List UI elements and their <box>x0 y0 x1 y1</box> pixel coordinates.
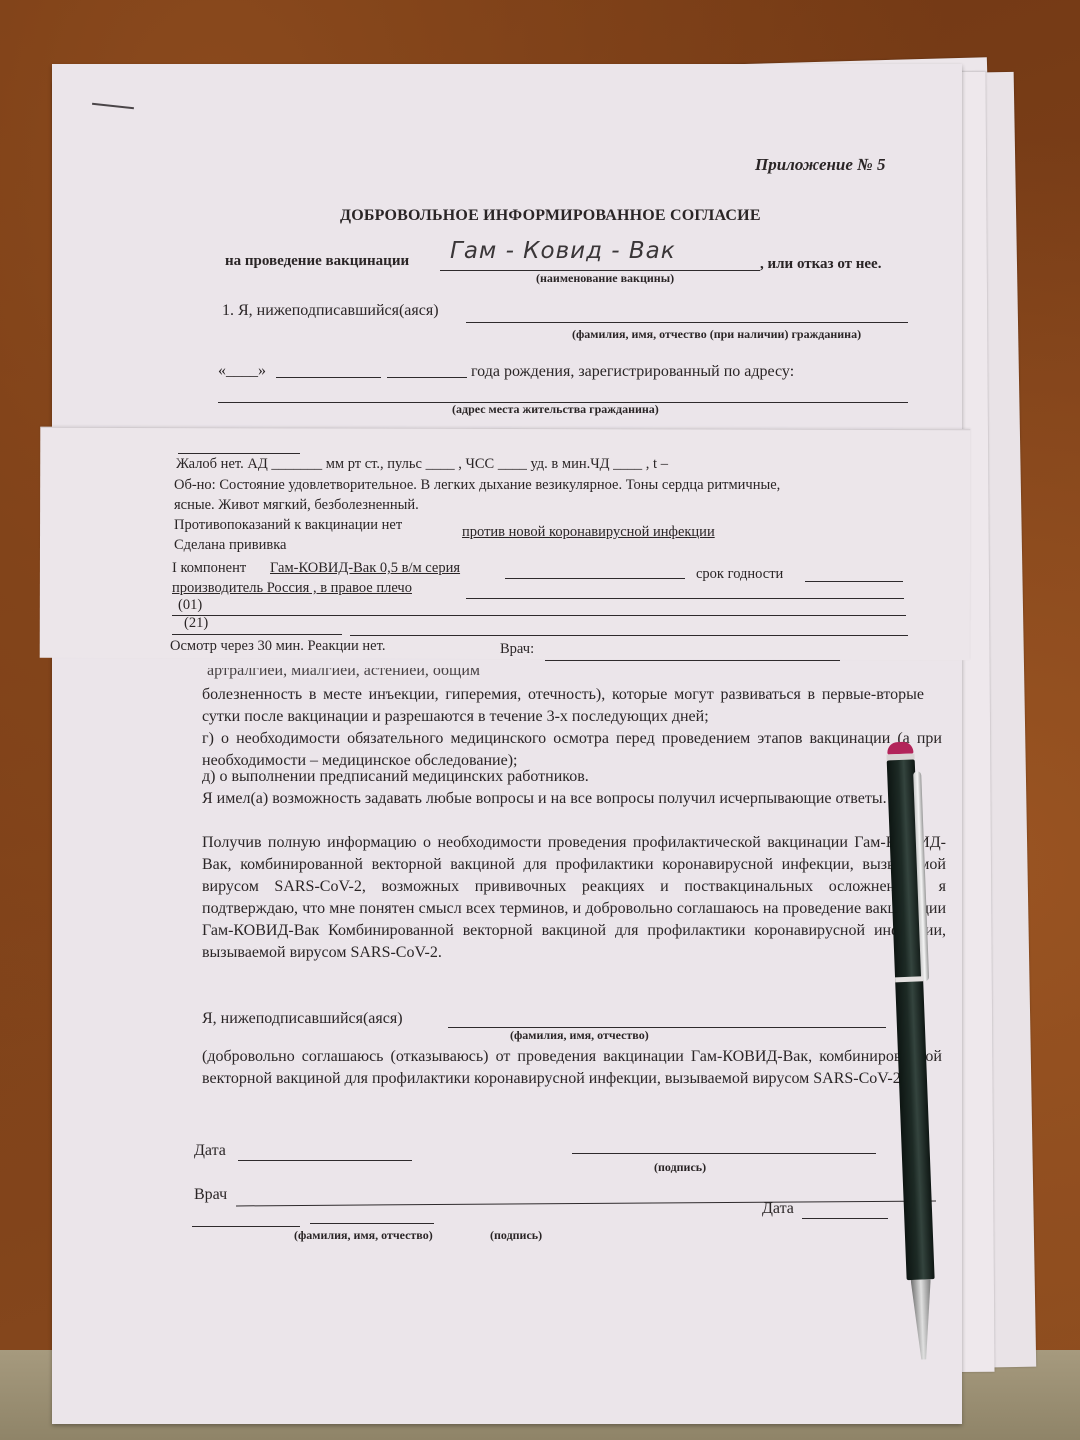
birth-year-field[interactable] <box>387 377 467 378</box>
doctor-signature-caption: (подпись) <box>490 1228 542 1243</box>
expiry-label: срок годности <box>696 566 783 583</box>
signature-caption: (подпись) <box>654 1160 706 1175</box>
objective-line-1: Об-но: Состояние удовлетворительное. В л… <box>174 477 780 494</box>
doctor-date-field[interactable] <box>802 1218 888 1219</box>
code-21-field-2[interactable] <box>350 635 908 636</box>
subtitle-prefix: на проведение вакцинации <box>225 253 409 270</box>
component-value: Гам-КОВИД-Вак 0,5 в/м серия <box>270 560 460 577</box>
vaccine-name-handwritten[interactable]: Гам - Ковид - Вак <box>450 238 676 264</box>
birth-text: года рождения, зарегистрированный по адр… <box>471 363 794 381</box>
paragraph-prescriptions: д) о выполнении предписаний медицинских … <box>202 766 942 788</box>
paragraph-questions: Я имел(а) возможность задавать любые воп… <box>202 788 952 810</box>
date-field[interactable] <box>238 1160 412 1161</box>
vaccine-caption: (наименование вакцины) <box>536 271 674 286</box>
doctor-fio-field[interactable] <box>192 1226 300 1227</box>
doctor-signature-field[interactable] <box>310 1223 434 1224</box>
signature-field[interactable] <box>572 1153 876 1154</box>
code-21-field[interactable] <box>172 634 342 635</box>
document-title: ДОБРОВОЛЬНОЕ ИНФОРМИРОВАННОЕ СОГЛАСИЕ <box>340 207 761 225</box>
contraindications-value: против новой коронавирусной инфекции <box>462 524 715 541</box>
pen-cap <box>887 742 913 755</box>
paragraph-consent-statement: Получив полную информацию о необходимост… <box>202 832 946 964</box>
signature-fio-caption: (фамилия, имя, отчество) <box>510 1028 649 1043</box>
signature-undersigned-label: Я, нижеподписавшийся(аяся) <box>202 1010 403 1028</box>
observation-note: Осмотр через 30 мин. Реакции нет. <box>170 638 385 655</box>
contraindications-label: Противопоказаний к вакцинации нет <box>174 517 402 534</box>
consent-refusal-statement: (добровольно соглашаюсь (отказываюсь) от… <box>202 1046 942 1090</box>
code-21: (21) <box>184 615 208 632</box>
expiry-field[interactable] <box>805 581 903 582</box>
series-field[interactable] <box>505 578 685 579</box>
exam-doctor-label: Врач: <box>500 641 534 658</box>
vaccination-done: Сделана прививка <box>174 537 286 554</box>
exam-doctor-field[interactable] <box>545 660 840 661</box>
doctor-date-label: Дата <box>762 1200 794 1218</box>
address-caption: (адрес места жительства гражданина) <box>452 402 659 417</box>
doctor-label: Врач <box>194 1186 227 1204</box>
full-name-field[interactable] <box>466 322 908 323</box>
complaints-line: Жалоб нет. АД _______ мм рт ст., пульс _… <box>176 456 668 473</box>
objective-line-2: ясные. Живот мягкий, безболезненный. <box>174 497 419 514</box>
doctor-fio-caption: (фамилия, имя, отчество) <box>294 1228 433 1243</box>
code-01-field[interactable] <box>172 615 906 616</box>
component-label: I компонент <box>172 560 246 577</box>
birth-month-field[interactable] <box>276 377 381 378</box>
pen-ring <box>895 976 923 982</box>
date-label: Дата <box>194 1142 226 1160</box>
pen-tip <box>911 1279 934 1360</box>
full-name-caption: (фамилия, имя, отчество (при наличии) гр… <box>572 327 861 342</box>
paragraph-reactions: болезненность в месте инъекции, гипереми… <box>202 684 924 728</box>
manufacturer-field[interactable] <box>466 598 904 599</box>
birth-day-field[interactable]: «____» <box>218 362 266 380</box>
undersigned-label: 1. Я, нижеподписавшийся(аяся) <box>222 302 439 320</box>
manufacturer-value: производитель Россия , в правое плечо <box>172 580 412 597</box>
code-01: (01) <box>178 597 202 614</box>
exam-top-line <box>178 453 300 454</box>
subtitle-suffix: , или отказ от нее. <box>760 256 881 273</box>
appendix-label: Приложение № 5 <box>755 155 885 175</box>
